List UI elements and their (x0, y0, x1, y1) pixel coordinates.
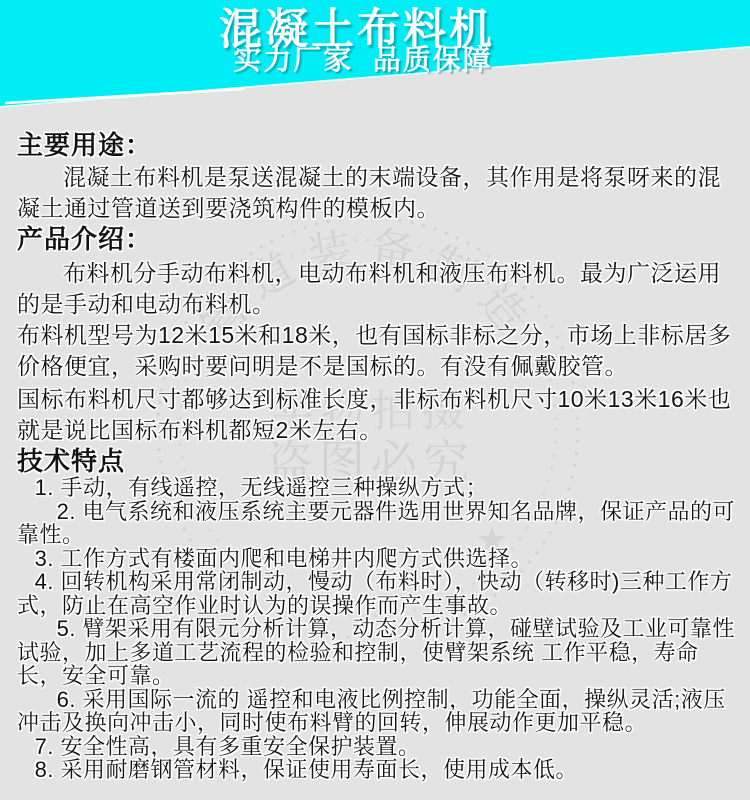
section-usage: 主要用途： 混凝土布料机是泵送混凝土的末端设备，其作用是将泵呀来的混凝土通过管道… (17, 130, 736, 224)
banner-subtitle: 实力厂家 品质保障 (0, 38, 738, 78)
feature-item-7: 7. 安全性高，具有多重安全保护装置。 (17, 735, 736, 759)
page-root: 混凝土布料机 实力厂家 品质保障 管道装备制造 实物拍摄 盗图必究 ★ ★ 主要… (0, 0, 750, 800)
body-text: 主要用途： 混凝土布料机是泵送混凝土的末端设备，其作用是将泵呀来的混凝土通过管道… (0, 130, 750, 782)
feature-item-2: 2. 电气系统和液压系统主要元器件选用世界知名品牌，保证产品的可靠性。 (17, 500, 736, 547)
feature-item-4: 4. 回转机构采用常闭制动，慢动（布料时），快动（转移时)三种工作方式，防止在高… (17, 570, 736, 617)
intro-paragraph-2: 布料机型号为12米15米和18米，也有国标非标之分，市场上非标居多价格便宜，采购… (17, 320, 736, 382)
features-heading: 技术特点 (17, 446, 736, 476)
feature-item-5: 5. 臂架采用有限元分析计算，动态分析计算，碰壁试验及工业可靠性试验，加上多道工… (17, 617, 736, 688)
usage-heading: 主要用途： (17, 130, 736, 160)
feature-item-8: 8. 采用耐磨钢管材料，保证使用寿面长，使用成本低。 (17, 758, 736, 782)
intro-paragraph-3: 国标布料机尺寸都够达到标准长度，非标布料机尺寸10米13米16米也就是说比国标布… (17, 384, 736, 446)
feature-item-3: 3. 工作方式有楼面内爬和电梯井内爬方式供选择。 (17, 547, 736, 571)
section-features: 技术特点 1. 手动，有线遥控，无线遥控三种操纵方式； 2. 电气系统和液压系统… (17, 446, 736, 782)
section-intro: 产品介绍： 布料机分手动布料机，电动布料机和液压布料机。最为广泛运用的是手动和电… (17, 224, 736, 446)
intro-heading: 产品介绍： (17, 224, 736, 254)
feature-item-6: 6. 采用国际一流的 遥控和电液比例控制，功能全面，操纵灵活;液压冲击及换向冲击… (17, 688, 736, 735)
feature-item-1: 1. 手动，有线遥控，无线遥控三种操纵方式； (17, 476, 736, 500)
usage-paragraph: 混凝土布料机是泵送混凝土的末端设备，其作用是将泵呀来的混凝土通过管道送到要浇筑构… (17, 162, 736, 224)
body-area: 管道装备制造 实物拍摄 盗图必究 ★ ★ 主要用途： 混凝土布料机是泵送混凝土的… (0, 130, 750, 800)
header-banner: 混凝土布料机 实力厂家 品质保障 (0, 0, 750, 130)
features-list: 1. 手动，有线遥控，无线遥控三种操纵方式； 2. 电气系统和液压系统主要元器件… (17, 476, 736, 782)
intro-paragraph-1: 布料机分手动布料机，电动布料机和液压布料机。最为广泛运用的是手动和电动布料机。 (17, 258, 736, 320)
